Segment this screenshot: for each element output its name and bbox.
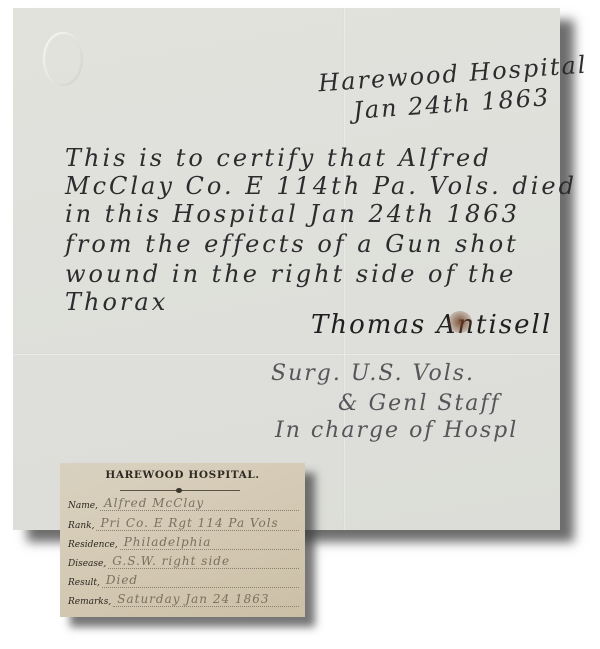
card-field-value: Pri Co. E Rgt 114 Pa Vols — [96, 516, 299, 531]
ink-stain — [448, 311, 472, 333]
letter-body-line: McClay Co. E 114th Pa. Vols. died — [65, 172, 577, 200]
card-field-value: Alfred McClay — [100, 496, 299, 511]
embossed-seal — [43, 32, 83, 86]
card-field-label: Name, — [68, 501, 100, 511]
card-field-label: Remarks, — [68, 597, 113, 607]
letter-body-line: in this Hospital Jan 24th 1863 — [65, 200, 520, 228]
signature: Thomas Antisell — [311, 310, 552, 340]
card-ornament-divider — [120, 490, 240, 491]
card-field-value: G.S.W. right side — [108, 554, 299, 569]
signature-title-line: In charge of Hospl — [275, 418, 518, 443]
hospital-record-card: HAREWOOD HOSPITAL. Name, Alfred McClay R… — [60, 463, 305, 617]
card-field-residence: Residence, Philadelphia — [68, 533, 299, 550]
card-title: HAREWOOD HOSPITAL. — [60, 469, 305, 481]
signature-title-line: & Genl Staff — [338, 391, 501, 416]
card-field-value: Philadelphia — [120, 535, 299, 550]
hospital-letter: Harewood Hospital Jan 24th 1863 This is … — [13, 8, 560, 530]
card-field-disease: Disease, G.S.W. right side — [68, 552, 299, 569]
card-field-label: Result, — [68, 578, 102, 588]
signature-title-line: Surg. U.S. Vols. — [271, 361, 475, 386]
card-field-result: Result, Died — [68, 571, 299, 588]
card-field-rank: Rank, Pri Co. E Rgt 114 Pa Vols — [68, 514, 299, 531]
letter-body-line: from the effects of a Gun shot — [65, 230, 519, 258]
fold-crease-horizontal — [13, 353, 560, 355]
card-field-value: Saturday Jan 24 1863 — [113, 592, 299, 607]
letter-body-line: Thorax — [65, 288, 168, 316]
letter-body-line: wound in the right side of the — [65, 260, 516, 288]
card-field-name: Name, Alfred McClay — [68, 494, 299, 511]
card-field-label: Rank, — [68, 521, 96, 531]
card-field-remarks: Remarks, Saturday Jan 24 1863 — [68, 590, 299, 607]
card-field-label: Disease, — [68, 559, 108, 569]
card-field-value: Died — [102, 573, 299, 588]
card-field-label: Residence, — [68, 540, 120, 550]
letter-body-line: This is to certify that Alfred — [65, 144, 492, 172]
